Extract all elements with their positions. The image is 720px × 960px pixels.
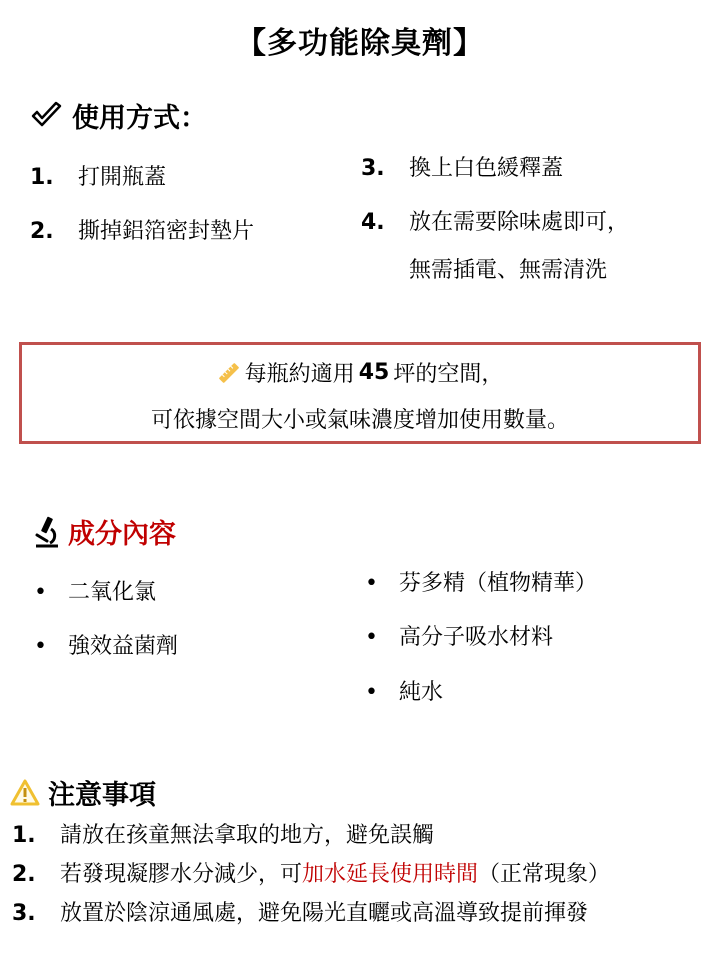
bullet: • xyxy=(361,680,399,705)
usage-step-3: 3. 換上白色緩釋蓋 xyxy=(361,151,563,182)
usage-step-2: 2. 撕掉鋁箔密封墊片 xyxy=(30,214,254,245)
cautions-heading-text: 注意事項 xyxy=(48,773,156,812)
caution-highlight-text: 加水延長使用時間 xyxy=(302,857,478,888)
ruler-icon xyxy=(217,361,241,385)
ingredient-text: 強效益菌劑 xyxy=(68,629,178,660)
ingredient-text: 二氧化氯 xyxy=(68,575,156,606)
step-number: 2. xyxy=(30,219,78,244)
caution-item-2: 2. 若發現凝膠水分減少，可加水延長使用時間（正常現象） xyxy=(12,857,610,888)
caution-item-3: 3. 放置於陰涼通風處，避免陽光直曬或高溫導致提前揮發 xyxy=(12,896,588,927)
note-line-2: 可依據空間大小或氣味濃度增加使用數量。 xyxy=(22,403,698,434)
usage-heading-text: 使用方式： xyxy=(72,96,207,135)
bullet: • xyxy=(361,571,399,596)
step-text: 撕掉鋁箔密封墊片 xyxy=(78,214,254,245)
ingredient-item: • 強效益菌劑 xyxy=(30,629,178,660)
ingredient-item: • 純水 xyxy=(361,675,443,706)
ingredient-item: • 高分子吸水材料 xyxy=(361,620,553,651)
ingredients-heading-text: 成分內容 xyxy=(68,512,176,551)
checkmark-icon xyxy=(30,101,64,131)
bullet: • xyxy=(30,580,68,605)
step-text: 換上白色緩釋蓋 xyxy=(409,151,563,182)
note-coverage-number: 45 xyxy=(359,360,390,385)
caution-text-before: 若發現凝膠水分減少，可 xyxy=(60,857,302,888)
usage-step-1: 1. 打開瓶蓋 xyxy=(30,160,166,191)
caution-text-after: （正常現象） xyxy=(478,857,610,888)
caution-text: 請放在孩童無法拿取的地方，避免誤觸 xyxy=(60,818,434,849)
caution-item-1: 1. 請放在孩童無法拿取的地方，避免誤觸 xyxy=(12,818,434,849)
step-number: 3. xyxy=(361,156,409,181)
warning-icon xyxy=(10,779,40,807)
ingredient-text: 芬多精（植物精華） xyxy=(399,566,597,597)
caution-number: 1. xyxy=(12,823,60,848)
ingredient-text: 高分子吸水材料 xyxy=(399,620,553,651)
usage-step-4-continued: 無需插電、無需清洗 xyxy=(409,253,607,284)
bullet: • xyxy=(361,625,399,650)
caution-text: 放置於陰涼通風處，避免陽光直曬或高溫導致提前揮發 xyxy=(60,896,588,927)
coverage-note-box: 每瓶約適用 45 坪的空間， 可依據空間大小或氣味濃度增加使用數量。 xyxy=(19,342,701,444)
note-text-suffix: 坪的空間， xyxy=(393,357,503,388)
step-text: 無需插電、無需清洗 xyxy=(409,253,607,284)
usage-heading: 使用方式： xyxy=(30,96,207,135)
ingredient-item: • 二氧化氯 xyxy=(30,575,156,606)
note-line-1: 每瓶約適用 45 坪的空間， xyxy=(22,357,698,388)
usage-step-4: 4. 放在需要除味處即可， xyxy=(361,205,629,236)
step-text: 打開瓶蓋 xyxy=(78,160,166,191)
microscope-icon xyxy=(32,515,60,549)
ingredients-heading: 成分內容 xyxy=(32,512,176,551)
step-number: 1. xyxy=(30,165,78,190)
page-title: 【多功能除臭劑】 xyxy=(0,18,720,62)
note-text-prefix: 每瓶約適用 xyxy=(245,357,355,388)
ingredient-item: • 芬多精（植物精華） xyxy=(361,566,597,597)
caution-number: 2. xyxy=(12,862,60,887)
cautions-heading: 注意事項 xyxy=(10,773,156,812)
caution-number: 3. xyxy=(12,901,60,926)
step-text: 放在需要除味處即可， xyxy=(409,205,629,236)
ingredient-text: 純水 xyxy=(399,675,443,706)
step-number: 4. xyxy=(361,210,409,235)
bullet: • xyxy=(30,634,68,659)
